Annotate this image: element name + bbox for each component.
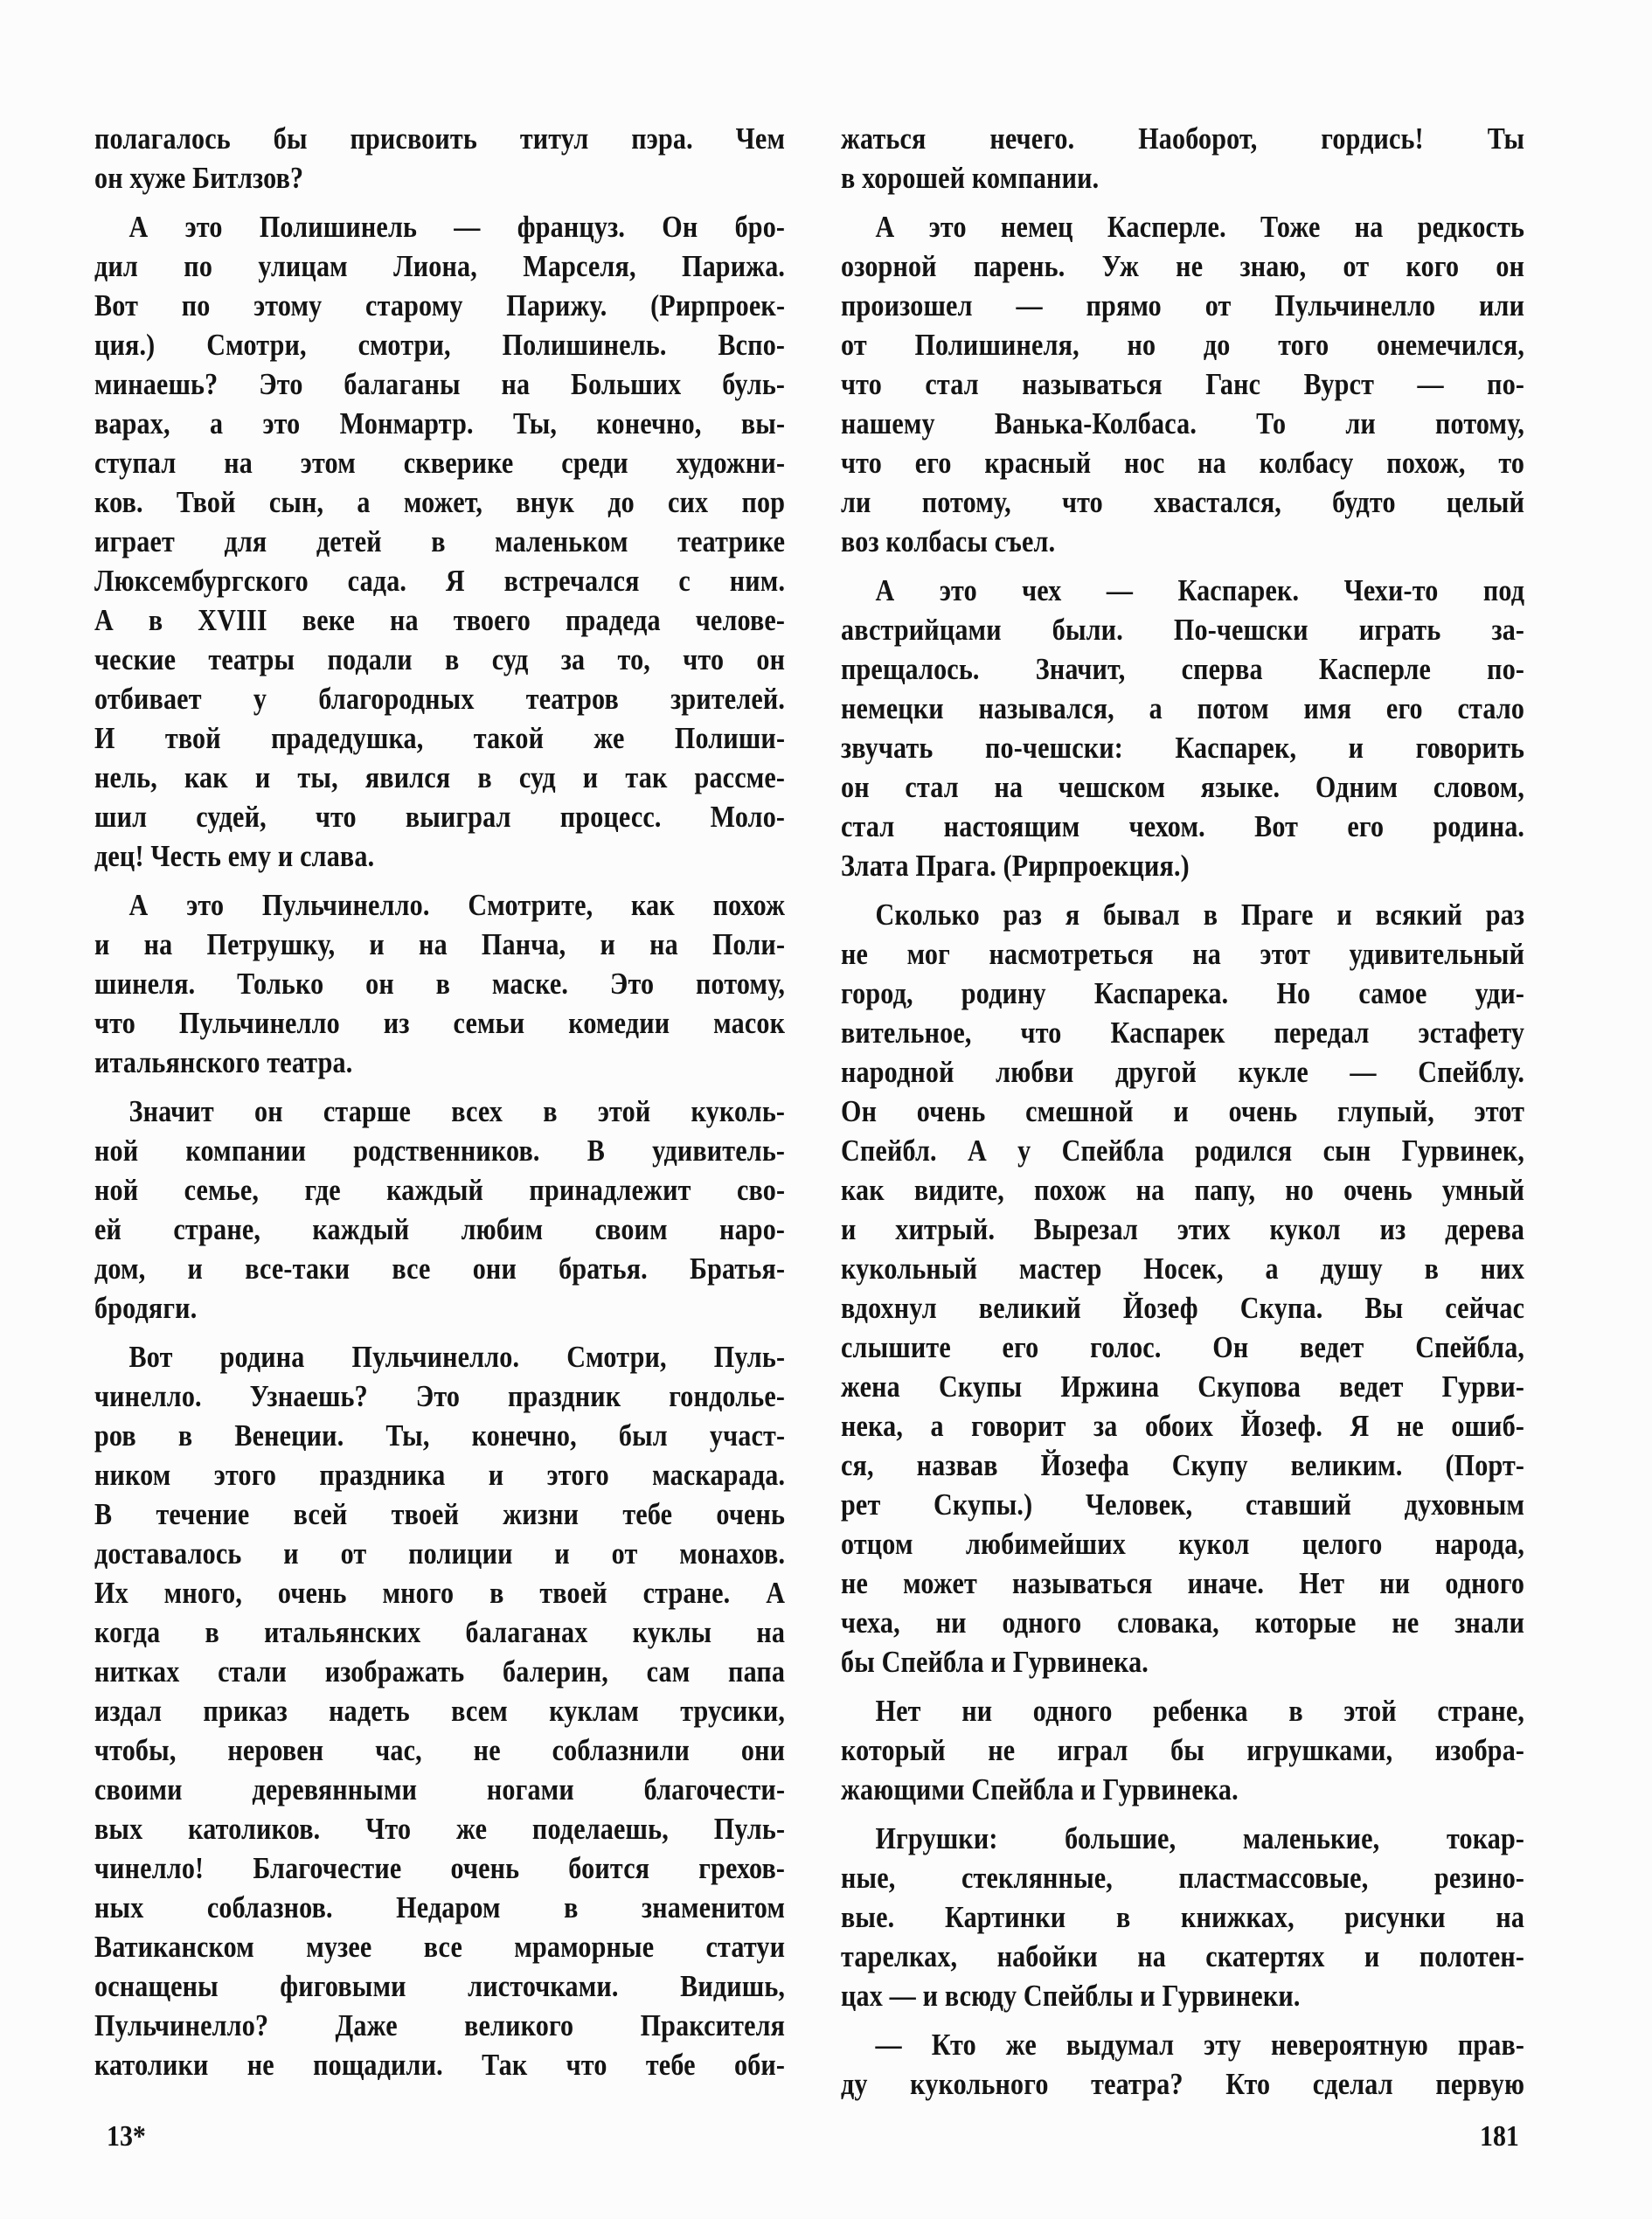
text-line: итальянского театра. <box>94 1043 785 1082</box>
text-line: он стал на чешском языке. Одним словом, <box>841 767 1524 807</box>
text-line: ные, стеклянные, пластмассовые, резино- <box>841 1858 1524 1897</box>
text-line: ных соблазнов. Недаром в знаменитом <box>94 1888 785 1927</box>
text-line: тарелках, набойки на скатертях и полотен… <box>841 1937 1524 1976</box>
text-line: ческие театры подали в суд за то, что он <box>94 640 785 679</box>
paragraph: А это Полишинель — француз. Он бро-дил п… <box>94 207 785 876</box>
text-line: вых католиков. Что же поделаешь, Пуль- <box>94 1809 785 1848</box>
text-line: А это чех — Каспарек. Чехи-то под <box>841 571 1524 610</box>
paragraph: А это немец Касперле. Тоже на редкостьоз… <box>841 207 1524 561</box>
text-line: произошел — прямо от Пульчинелло или <box>841 286 1524 325</box>
text-line: ция.) Смотри, смотри, Полишинель. Вспо- <box>94 325 785 364</box>
paragraph-gap <box>841 885 1524 895</box>
text-line: оснащены фиговыми листочками. Видишь, <box>94 1966 785 2006</box>
text-line: нашему Ванька-Колбаса. То ли потому, <box>841 404 1524 443</box>
text-line: что Пульчинелло из семьи комедии масок <box>94 1003 785 1043</box>
paragraph: Вот родина Пульчинелло. Смотри, Пуль-чин… <box>94 1337 785 2084</box>
text-line: и хитрый. Вырезал этих кукол из дерева <box>841 1210 1524 1249</box>
paragraph: Значит он старше всех в этой куколь-ной … <box>94 1092 785 1328</box>
signature-mark: 13* <box>107 2115 146 2159</box>
text-line: дец! Честь ему и слава. <box>94 836 785 876</box>
text-line: вдохнул великий Йозеф Скупа. Вы сейчас <box>841 1288 1524 1328</box>
paragraph-gap <box>841 198 1524 207</box>
paragraph: Нет ни одного ребенка в этой стране,кото… <box>841 1691 1524 1809</box>
text-line: ров в Венеции. Ты, конечно, был участ- <box>94 1416 785 1455</box>
text-line: прещалось. Значит, сперва Касперле по- <box>841 649 1524 689</box>
text-line: полагалось бы присвоить титул пэра. Чем <box>94 119 785 158</box>
paragraph: — Кто же выдумал эту невероятную прав-ду… <box>841 2025 1524 2104</box>
paragraph: полагалось бы присвоить титул пэра. Чемо… <box>94 119 785 198</box>
text-line: Он очень смешной и очень глупый, этот <box>841 1092 1524 1131</box>
paragraph: Игрушки: большие, маленькие, токар-ные, … <box>841 1819 1524 2015</box>
text-line: нель, как и ты, явился в суд и так рассм… <box>94 758 785 797</box>
text-line: Нет ни одного ребенка в этой стране, <box>841 1691 1524 1730</box>
text-line: цах — и всюду Спейблы и Гурвинеки. <box>841 1976 1524 2015</box>
text-line: кукольный мастер Носек, а душу в них <box>841 1249 1524 1288</box>
text-line: дом, и все-таки все они братья. Братья- <box>94 1249 785 1288</box>
text-line: своими деревянными ногами благочести- <box>94 1770 785 1809</box>
right-text-column: жаться нечего. Наоборот, гордись! Тыв хо… <box>841 119 1524 2104</box>
text-line: ей стране, каждый любим своим наро- <box>94 1210 785 1249</box>
text-line: Спейбл. А у Спейбла родился сын Гурвинек… <box>841 1131 1524 1170</box>
paragraph: А это Пульчинелло. Смотрите, как похожи … <box>94 885 785 1082</box>
text-line: ков. Твой сын, а может, внук до сих пор <box>94 482 785 522</box>
text-line: католики не пощадили. Так что тебе оби- <box>94 2045 785 2084</box>
book-page: полагалось бы присвоить титул пэра. Чемо… <box>0 0 1652 2219</box>
page-number: 181 <box>1480 2115 1519 2159</box>
text-line: жающими Спейбла и Гурвинека. <box>841 1770 1524 1809</box>
text-line: озорной парень. Уж не знаю, от кого он <box>841 246 1524 286</box>
left-text-column: полагалось бы присвоить титул пэра. Чемо… <box>94 119 785 2084</box>
text-line: ступал на этом скверике среди художни- <box>94 443 785 482</box>
text-line: что стал называться Ганс Вурст — по- <box>841 364 1524 404</box>
text-line: Ватиканском музее все мраморные статуи <box>94 1927 785 1966</box>
text-line: играет для детей в маленьком театрике <box>94 522 785 561</box>
text-line: рет Скупы.) Человек, ставший духовным <box>841 1485 1524 1524</box>
text-line: Злата Прага. (Рирпроекция.) <box>841 846 1524 885</box>
text-line: в хорошей компании. <box>841 158 1524 198</box>
text-line: жена Скупы Иржина Скупова ведет Гурви- <box>841 1367 1524 1406</box>
text-line: вые. Картинки в книжках, рисунки на <box>841 1897 1524 1937</box>
text-line: народной любви другой кукле — Спейблу. <box>841 1052 1524 1092</box>
text-line: А это Пульчинелло. Смотрите, как похож <box>94 885 785 925</box>
text-line: чеха, ни одного словака, которые не знал… <box>841 1603 1524 1642</box>
text-line: варах, а это Монмартр. Ты, конечно, вы- <box>94 404 785 443</box>
text-line: вительное, что Каспарек передал эстафету <box>841 1013 1524 1052</box>
text-line: А в XVIII веке на твоего прадеда челове- <box>94 600 785 640</box>
text-line: от Полишинеля, но до того онемечился, <box>841 325 1524 364</box>
paragraph: Сколько раз я бывал в Праге и всякий раз… <box>841 895 1524 1682</box>
paragraph-gap <box>94 876 785 885</box>
text-line: не может называться иначе. Нет ни одного <box>841 1564 1524 1603</box>
text-line: А это немец Касперле. Тоже на редкость <box>841 207 1524 246</box>
text-line: ся, назвав Йозефа Скупу великим. (Порт- <box>841 1446 1524 1485</box>
text-line: жаться нечего. Наоборот, гордись! Ты <box>841 119 1524 158</box>
paragraph-gap <box>94 198 785 207</box>
text-line: Вот родина Пульчинелло. Смотри, Пуль- <box>94 1337 785 1376</box>
text-line: Люксембургского сада. Я встречался с ним… <box>94 561 785 600</box>
text-line: как видите, похож на папу, но очень умны… <box>841 1170 1524 1210</box>
paragraph: жаться нечего. Наоборот, гордись! Тыв хо… <box>841 119 1524 198</box>
text-line: издал приказ надеть всем куклам трусики, <box>94 1691 785 1730</box>
text-line: ду кукольного театра? Кто сделал первую <box>841 2064 1524 2104</box>
text-line: В течение всей твоей жизни тебе очень <box>94 1494 785 1534</box>
text-line: шинеля. Только он в маске. Это потому, <box>94 964 785 1003</box>
text-line: Пульчинелло? Даже великого Праксителя <box>94 2006 785 2045</box>
paragraph-gap <box>841 561 1524 571</box>
text-line: А это Полишинель — француз. Он бро- <box>94 207 785 246</box>
paragraph-gap <box>841 1809 1524 1819</box>
text-line: стал настоящим чехом. Вот его родина. <box>841 807 1524 846</box>
paragraph-gap <box>94 1082 785 1092</box>
paragraph-gap <box>94 1328 785 1337</box>
text-line: бродяги. <box>94 1288 785 1328</box>
text-line: минаешь? Это балаганы на Больших буль- <box>94 364 785 404</box>
text-line: ником этого праздника и этого маскарада. <box>94 1455 785 1494</box>
text-line: ной семье, где каждый принадлежит сво- <box>94 1170 785 1210</box>
text-line: — Кто же выдумал эту невероятную прав- <box>841 2025 1524 2064</box>
text-line: чтобы, неровен час, не соблазнили они <box>94 1730 785 1770</box>
text-line: нитках стали изображать балерин, сам пап… <box>94 1652 785 1691</box>
text-line: Вот по этому старому Парижу. (Рирпроек- <box>94 286 785 325</box>
text-line: не мог насмотреться на этот удивительный <box>841 934 1524 974</box>
text-line: отбивает у благородных театров зрителей. <box>94 679 785 718</box>
text-line: что его красный нос на колбасу похож, то <box>841 443 1524 482</box>
text-line: звучать по-чешски: Каспарек, и говорить <box>841 728 1524 767</box>
text-line: ной компании родственников. В удивитель- <box>94 1131 785 1170</box>
text-line: И твой прадедушка, такой же Полиши- <box>94 718 785 758</box>
text-line: немецки назывался, а потом имя его стало <box>841 689 1524 728</box>
text-line: когда в итальянских балаганах куклы на <box>94 1612 785 1652</box>
text-line: шил судей, что выиграл процесс. Моло- <box>94 797 785 836</box>
text-line: Сколько раз я бывал в Праге и всякий раз <box>841 895 1524 934</box>
text-line: и на Петрушку, и на Панча, и на Поли- <box>94 925 785 964</box>
text-line: Значит он старше всех в этой куколь- <box>94 1092 785 1131</box>
text-line: слышите его голос. Он ведет Спейбла, <box>841 1328 1524 1367</box>
paragraph: А это чех — Каспарек. Чехи-то подавстрий… <box>841 571 1524 885</box>
text-line: чинелло! Благочестие очень боится грехов… <box>94 1848 785 1888</box>
text-line: бы Спейбла и Гурвинека. <box>841 1642 1524 1682</box>
text-line: он хуже Битлзов? <box>94 158 785 198</box>
paragraph-gap <box>841 2015 1524 2025</box>
text-line: дил по улицам Лиона, Марселя, Парижа. <box>94 246 785 286</box>
text-line: доставалось и от полиции и от монахов. <box>94 1534 785 1573</box>
text-line: отцом любимейших кукол целого народа, <box>841 1524 1524 1564</box>
text-line: который не играл бы игрушками, изобра- <box>841 1730 1524 1770</box>
text-line: нека, а говорит за обоих Йозеф. Я не оши… <box>841 1406 1524 1446</box>
text-line: австрийцами были. По-чешски играть за- <box>841 610 1524 649</box>
text-line: город, родину Каспарека. Но самое уди- <box>841 974 1524 1013</box>
text-line: Их много, очень много в твоей стране. А <box>94 1573 785 1612</box>
paragraph-gap <box>841 1682 1524 1691</box>
text-line: ли потому, что хвастался, будто целый <box>841 482 1524 522</box>
text-line: воз колбасы съел. <box>841 522 1524 561</box>
text-line: чинелло. Узнаешь? Это праздник гондолье- <box>94 1376 785 1416</box>
text-line: Игрушки: большие, маленькие, токар- <box>841 1819 1524 1858</box>
